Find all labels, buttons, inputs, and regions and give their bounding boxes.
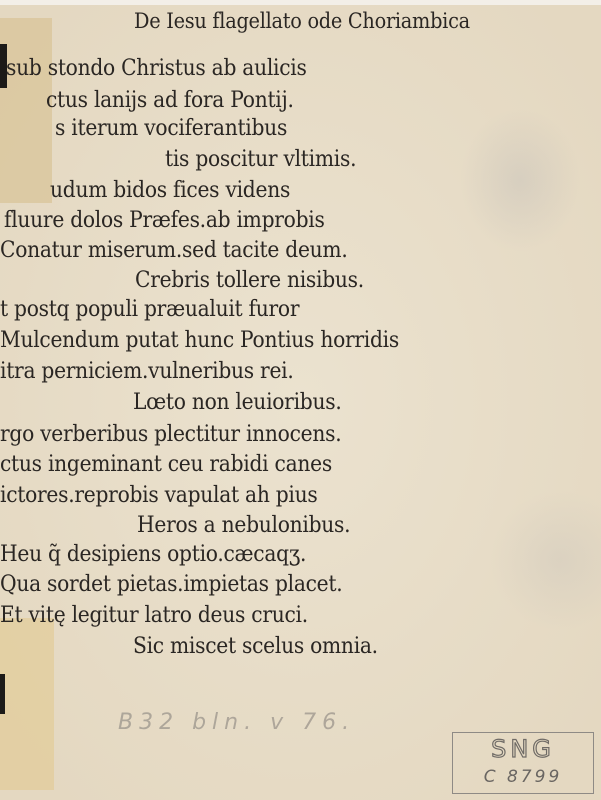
stamp-number: C 8799 (453, 767, 593, 787)
poem-line: ctus lanijs ad fora Pontij. (46, 88, 294, 114)
poem-line: Mulcendum putat hunc Pontius horridis (0, 328, 399, 354)
poem-line: Sic miscet scelus omnia. (133, 634, 378, 660)
stamp-title: SNG (453, 735, 593, 763)
poem-line: s iterum vociferantibus (55, 116, 287, 142)
pencil-shelfmark-note: B32 bln. v 76. (118, 710, 355, 735)
poem-line: Crebris tollere nisibus. (135, 268, 364, 294)
poem-line: fluure dolos Præfes.ab improbis (4, 208, 325, 234)
poem-line: Heros a nebulonibus. (137, 513, 350, 539)
poem-line: udum bidos fices videns (50, 178, 290, 204)
poem-line: itra perniciem.vulneribus rei. (0, 359, 294, 385)
poem-line: Qua sordet pietas.impietas placet. (0, 572, 342, 598)
poem-line: Heu q̃ desipiens optio.cæcaqʒ. (0, 542, 306, 568)
poem-line: Conatur miserum.sed tacite deum. (0, 238, 348, 264)
poem-line: Lœto non leuioribus. (133, 390, 341, 416)
poem-line: ictores.reprobis vapulat ah pius (0, 483, 317, 509)
poem-line: ctus ingeminant ceu rabidi canes (0, 452, 332, 478)
poem-line: tis poscitur vltimis. (165, 147, 356, 173)
poem-line: Et vitę legitur latro deus cruci. (0, 603, 308, 629)
poem-line: t postq populi præualuit furor (0, 297, 299, 323)
poem-line: rgo verberibus plectitur innocens. (0, 422, 341, 448)
library-stamp: SNG C 8799 (452, 732, 594, 794)
poem-text-block: De Iesu flagellato ode Choriambica sub s… (0, 0, 601, 700)
poem-title: De Iesu flagellato ode Choriambica (134, 8, 470, 34)
poem-line: sub stondo Christus ab aulicis (6, 56, 307, 82)
